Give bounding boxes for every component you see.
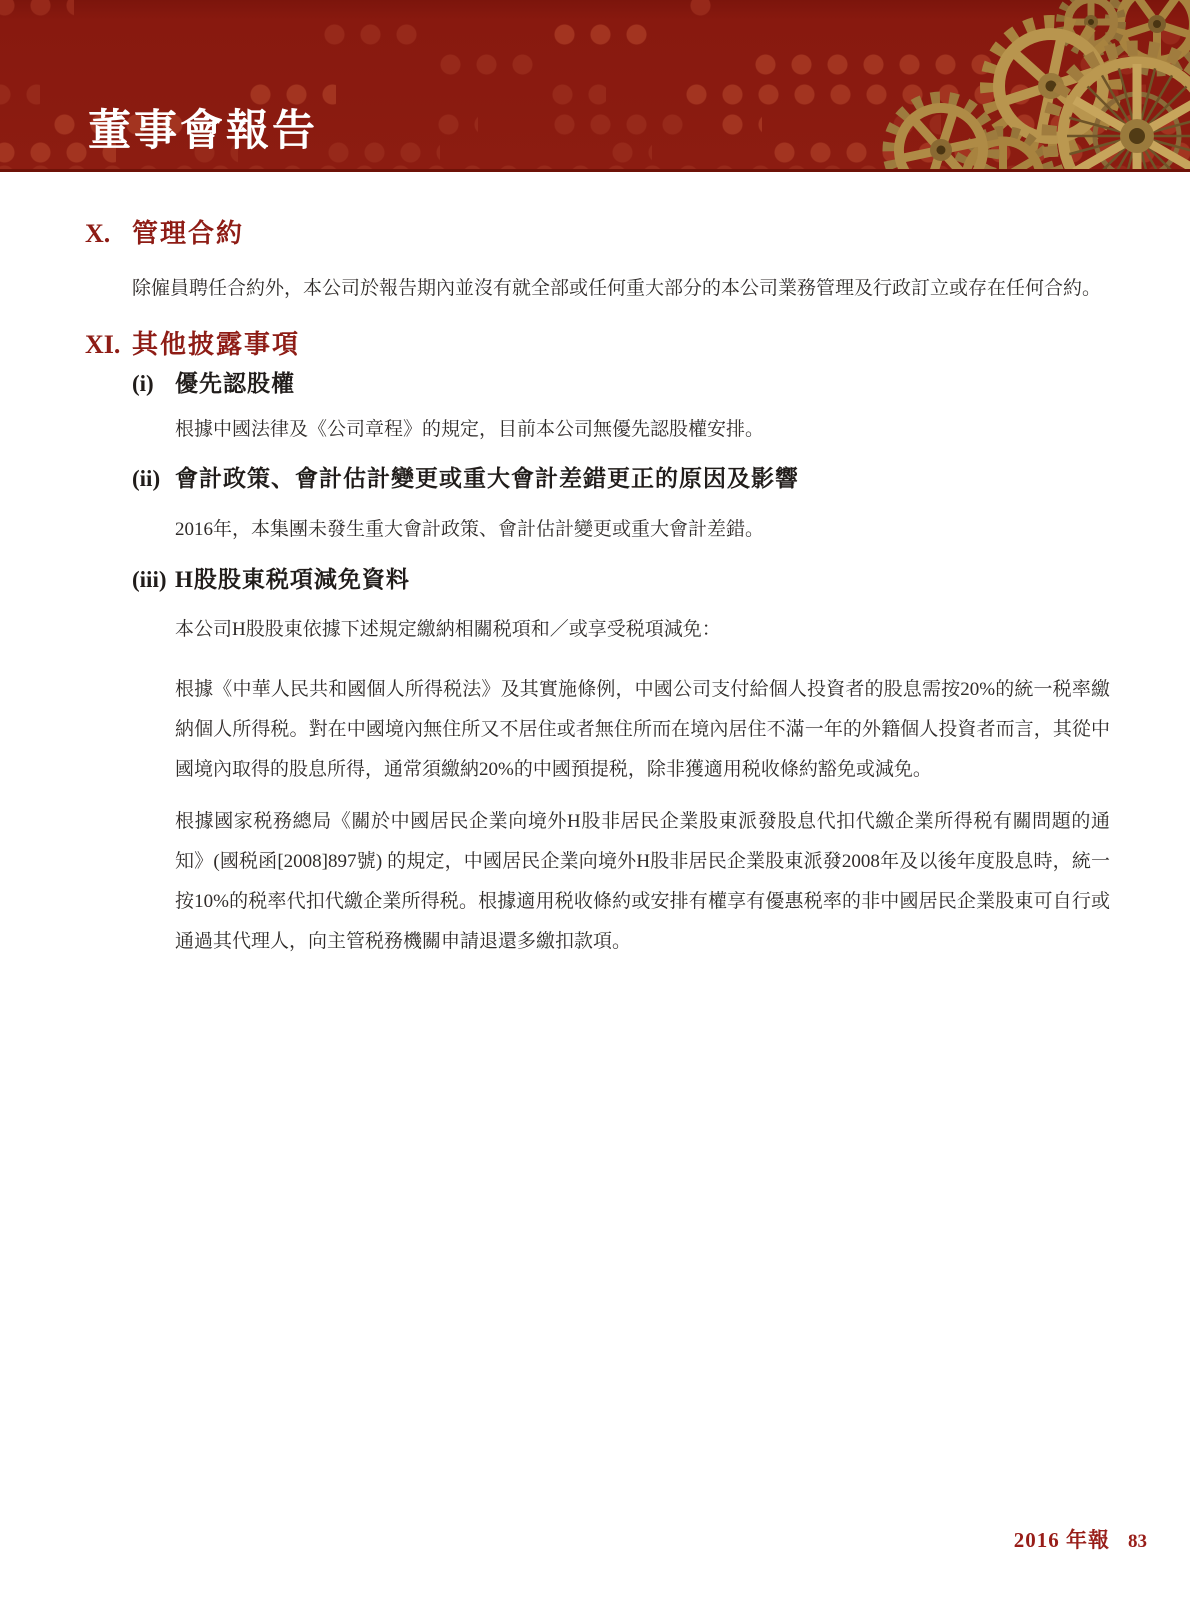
section-other-disclosures: XI. 其他披露事項 (i) 優先認股權 根據中國法律及《公司章程》的規定，目前…: [85, 329, 1110, 962]
subsection-title: 優先認股權: [175, 370, 295, 398]
subsection-title: H股股東税項減免資料: [175, 566, 410, 594]
subsection-preemptive-rights: (i) 優先認股權 根據中國法律及《公司章程》的規定，目前本公司無優先認股權安排…: [132, 370, 1110, 450]
section-number: X.: [85, 218, 132, 249]
subsection-number: (iii): [132, 566, 175, 594]
subsection-number: (ii): [132, 465, 175, 493]
subsection-h-share-tax-relief: (iii) H股股東税項減免資料 本公司H股股東依據下述規定繳納相關税項和／或享…: [132, 566, 1110, 962]
subsection-paragraph: 2016年，本集團未發生重大會計政策、會計估計變更或重大會計差錯。: [175, 510, 1110, 550]
subsection-heading: (ii) 會計政策、會計估計變更或重大會計差錯更正的原因及影響: [132, 465, 1110, 493]
section-paragraph: 除僱員聘任合約外，本公司於報告期內並沒有就全部或任何重大部分的本公司業務管理及行…: [132, 269, 1110, 309]
report-year-label: 2016 年報: [1014, 1524, 1110, 1554]
report-body: X. 管理合約 除僱員聘任合約外，本公司於報告期內並沒有就全部或任何重大部分的本…: [0, 218, 1190, 962]
page-number: 83: [1128, 1531, 1147, 1553]
page-title: 董事會報告: [88, 106, 318, 158]
subsection-paragraph: 根據《中華人民共和國個人所得税法》及其實施條例，中國公司支付給個人投資者的股息需…: [175, 670, 1110, 790]
subsection-heading: (i) 優先認股權: [132, 370, 1110, 398]
subsection-title: 會計政策、會計估計變更或重大會計差錯更正的原因及影響: [175, 465, 799, 493]
section-title: 管理合約: [132, 218, 244, 249]
section-title: 其他披露事項: [132, 329, 300, 360]
gears-icon: [855, 0, 1190, 172]
subsection-paragraph: 根據中國法律及《公司章程》的規定，目前本公司無優先認股權安排。: [175, 410, 1110, 450]
section-heading: XI. 其他披露事項: [85, 329, 1110, 360]
report-page: 董事會報告 X. 管理合約 除僱員聘任合約外，本公司於報告期內並沒有就全部或任何…: [0, 0, 1190, 1615]
section-management-contracts: X. 管理合約 除僱員聘任合約外，本公司於報告期內並沒有就全部或任何重大部分的本…: [85, 218, 1110, 309]
subsection-paragraph: 本公司H股股東依據下述規定繳納相關税項和／或享受税項減免：: [175, 610, 1110, 650]
section-heading: X. 管理合約: [85, 218, 1110, 249]
subsection-heading: (iii) H股股東税項減免資料: [132, 566, 1110, 594]
subsection-paragraph: 根據國家税務總局《關於中國居民企業向境外H股非居民企業股東派發股息代扣代繳企業所…: [175, 802, 1110, 962]
subsection-number: (i): [132, 370, 175, 398]
subsection-accounting-policies: (ii) 會計政策、會計估計變更或重大會計差錯更正的原因及影響 2016年，本集…: [132, 465, 1110, 550]
page-header-banner: 董事會報告: [0, 0, 1190, 172]
section-number: XI.: [85, 329, 132, 360]
page-footer: 2016 年報 83: [1014, 1524, 1147, 1554]
